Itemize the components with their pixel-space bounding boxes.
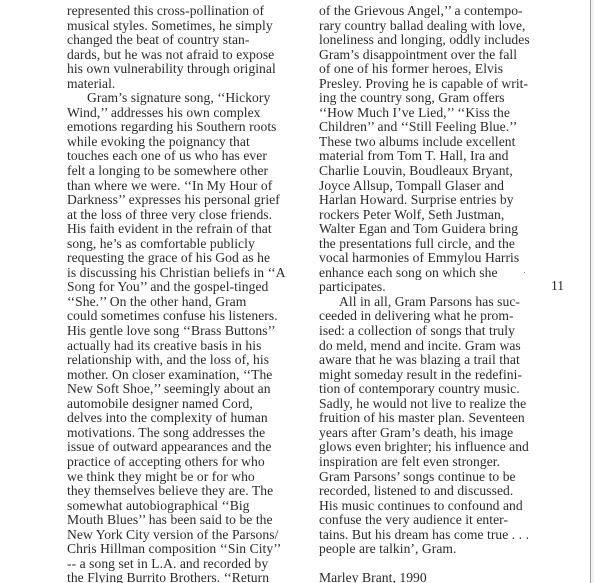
- text-line: motivations. The song addresses the: [67, 426, 297, 441]
- text-line: ceeded in delivering what he prom-: [319, 309, 549, 324]
- text-line: actually had its creative basis in his: [67, 339, 297, 354]
- text-line: fruition of his master plan. Seventeen: [319, 411, 549, 426]
- text-line: Joyce Allsup, Tompall Glaser and: [319, 179, 549, 194]
- text-line: requesting the grace of his God as he: [67, 251, 297, 266]
- text-line: Mouth Blues’’ has been said to be the: [67, 513, 297, 528]
- text-line: Song for You’’ and the gospel-tinged: [67, 280, 297, 295]
- text-line: musical styles. Sometimes, he simply: [67, 19, 297, 34]
- text-line: vocal harmonies of Emmylou Harris: [319, 251, 549, 266]
- text-line: of one of his former heroes, Elvis: [319, 62, 549, 77]
- text-line: is discussing his Christian beliefs in ‘…: [67, 266, 297, 281]
- text-line: loneliness and longing, oddly includes: [319, 33, 549, 48]
- text-line: His gentle love song ‘‘Brass Buttons’’: [67, 324, 297, 339]
- text-line: people are talkin’, Gram.: [319, 542, 549, 557]
- text-line: New York City version of the Parsons/: [67, 528, 297, 543]
- text-line: we think they might be or for who: [67, 470, 297, 485]
- text-line: automobile designer named Cord,: [67, 397, 297, 412]
- text-line: the Flying Burrito Brothers. ‘‘Return: [67, 571, 297, 583]
- page-number: 11: [551, 278, 564, 294]
- text-line: song, he’s as comfortable publicly: [67, 237, 297, 252]
- text-line: practice of accepting others for who: [67, 455, 297, 470]
- text-line: Harlan Howard. Surprise entries by: [319, 193, 549, 208]
- right-text-column: of the Grievous Angel,’’ a contempo-rary…: [319, 4, 549, 583]
- text-line: enhance each song on which she: [319, 266, 549, 281]
- text-line: His faith evident in the refrain of that: [67, 222, 297, 237]
- text-line: aware that he was blazing a trail that: [319, 353, 549, 368]
- text-line: ‘‘How Much I’ve Lied,’’ ‘‘Kiss the: [319, 106, 549, 121]
- print-speck: [524, 272, 525, 273]
- author-signature: Marley Brant, 1990: [319, 571, 549, 583]
- text-line: changed the beat of country stan-: [67, 33, 297, 48]
- text-line: glows even brighter; his influence and: [319, 440, 549, 455]
- text-line: dards, but he was not afraid to expose: [67, 48, 297, 63]
- text-line: emotions regarding his Southern roots: [67, 120, 297, 135]
- text-line: rary country ballad dealing with love,: [319, 19, 549, 34]
- paragraph-first-line: All in all, Gram Parsons has suc-: [319, 295, 549, 310]
- text-line: Presley. Proving he is capable of writ-: [319, 77, 549, 92]
- text-line: represented this cross-pollination of: [67, 4, 297, 19]
- text-line: Darkness’’ expresses his personal grief: [67, 193, 297, 208]
- text-line: -- a song set in L.A. and recorded by: [67, 557, 297, 572]
- text-line: could sometimes confuse his listeners.: [67, 309, 297, 324]
- text-line: they themselves believe they are. The: [67, 484, 297, 499]
- text-line: issue of outward appearances and the: [67, 440, 297, 455]
- text-line: the presentations full circle, and the: [319, 237, 549, 252]
- text-line: His music continues to confound and: [319, 499, 549, 514]
- text-line: material.: [67, 77, 297, 92]
- left-text-column: represented this cross-pollination ofmus…: [67, 4, 297, 583]
- text-line: might someday result in the redefini-: [319, 368, 549, 383]
- text-line: These two albums include excellent: [319, 135, 549, 150]
- text-line: while evoking the poignancy that: [67, 135, 297, 150]
- text-line: New Soft Shoe,’’ seemingly about an: [67, 382, 297, 397]
- text-line: tion of contemporary country music.: [319, 382, 549, 397]
- text-line: Sadly, he would not live to realize the: [319, 397, 549, 412]
- text-line: his own vulnerability through original: [67, 62, 297, 77]
- text-line: Chris Hillman composition ‘‘Sin City’’: [67, 542, 297, 557]
- text-line: delves into the complexity of human: [67, 411, 297, 426]
- text-line: ‘‘She.’’ On the other hand, Gram: [67, 295, 297, 310]
- text-line: participates.: [319, 280, 549, 295]
- document-page: represented this cross-pollination ofmus…: [0, 0, 594, 583]
- text-line: than where we were. ‘‘In My Hour of: [67, 179, 297, 194]
- text-line: Gram’s disappointment over the fall: [319, 48, 549, 63]
- paragraph-first-line: Gram’s signature song, ‘‘Hickory: [67, 91, 297, 106]
- text-line: touches each one of us who has ever: [67, 149, 297, 164]
- text-line: tains. But his dream has come true . . .: [319, 528, 549, 543]
- text-line: rockers Peter Wolf, Seth Justman,: [319, 208, 549, 223]
- text-line: somewhat autobiographical ‘‘Big: [67, 499, 297, 514]
- text-line: at the loss of three very close friends.: [67, 208, 297, 223]
- text-line: Wind,’’ addresses his own complex: [67, 106, 297, 121]
- text-line: ing the country song, Gram offers: [319, 91, 549, 106]
- text-line: years after Gram’s death, his image: [319, 426, 549, 441]
- text-line: relationship with, and the loss of, his: [67, 353, 297, 368]
- text-line: Children’’ and ‘‘Still Feeling Blue.’’: [319, 120, 549, 135]
- text-line: ised: a collection of songs that truly: [319, 324, 549, 339]
- text-line: material from Tom T. Hall, Ira and: [319, 149, 549, 164]
- text-line: inspiration are felt even stronger.: [319, 455, 549, 470]
- text-line: Charlie Louvin, Boudleaux Bryant,: [319, 164, 549, 179]
- text-line: felt a longing to be somewhere other: [67, 164, 297, 179]
- text-line: mother. On closer examination, ‘‘The: [67, 368, 297, 383]
- text-line: confuse the very audience it enter-: [319, 513, 549, 528]
- text-line: do meld, mend and incite. Gram was: [319, 339, 549, 354]
- text-line: of the Grievous Angel,’’ a contempo-: [319, 4, 549, 19]
- text-line: Gram Parsons’ songs continue to be: [319, 470, 549, 485]
- blank-line: [319, 557, 549, 572]
- text-line: recorded, listened to and discussed.: [319, 484, 549, 499]
- text-line: Walter Egan and Tom Guidera bring: [319, 222, 549, 237]
